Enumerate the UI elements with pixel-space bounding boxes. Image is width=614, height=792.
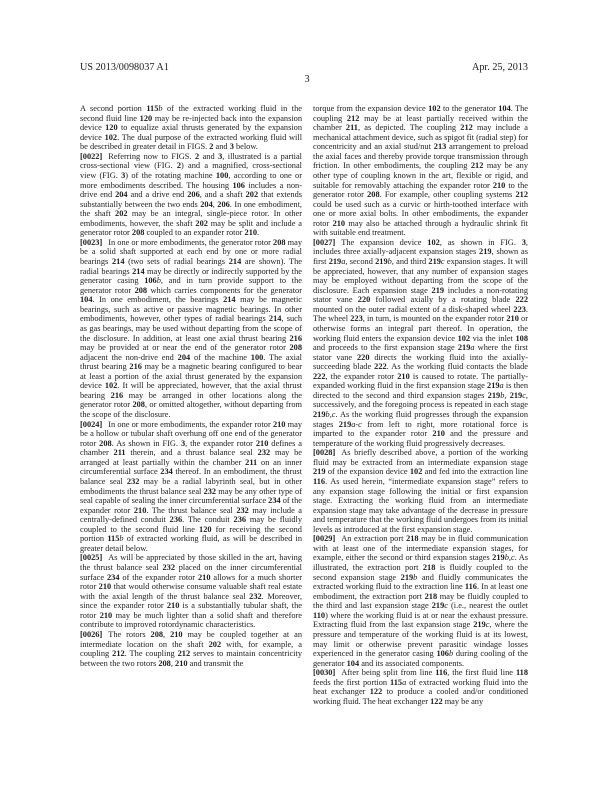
paragraph-text: As briefly described above, a portion of…	[313, 448, 528, 534]
paragraph-number: [0025]	[80, 553, 102, 562]
paragraph-0024: [0024]In one or more embodiments, the ex…	[80, 420, 302, 554]
publication-date: Apr. 25, 2013	[472, 62, 528, 73]
paragraph-0022: [0022]Referring now to FIGS. 2 and 3, il…	[80, 152, 302, 238]
paragraph-0027: [0027]The expansion device 102, as shown…	[313, 238, 528, 448]
paragraph-text: Referring now to FIGS. 2 and 3, illustra…	[80, 152, 302, 238]
paragraph-0030: [0030]After being split from line 116, t…	[313, 668, 528, 706]
paragraph-continuation: A second portion 115b of the extracted w…	[80, 104, 302, 152]
paragraph-number: [0028]	[313, 448, 335, 457]
paragraph-0023: [0023]In one or more embodiments, the ge…	[80, 238, 302, 420]
paragraph-0026: [0026]The rotors 208, 210 may be coupled…	[80, 630, 302, 668]
paragraph-number: [0023]	[80, 238, 102, 247]
paragraph-text: A second portion 115b of the extracted w…	[80, 104, 302, 151]
paragraph-text: In one or more embodiments, the expander…	[80, 420, 302, 553]
paragraph-0029: [0029]An extraction port 218 may be in f…	[313, 534, 528, 668]
paragraph-0025: [0025]As will be appreciated by those sk…	[80, 553, 302, 630]
right-column: torque from the expansion device 102 to …	[313, 104, 528, 706]
paragraph-number: [0029]	[313, 534, 335, 543]
paragraph-0028: [0028]As briefly described above, a port…	[313, 448, 528, 534]
paragraph-number: [0026]	[80, 630, 102, 639]
paragraph-number: [0022]	[80, 152, 102, 161]
paragraph-text: In one or more embodiments, the generato…	[80, 238, 302, 419]
paragraph-text: After being split from line 116, the fir…	[313, 668, 528, 706]
paragraph-number: [0030]	[313, 668, 335, 677]
paragraph-text: As will be appreciated by those skilled …	[80, 553, 302, 629]
paragraph-text: An extraction port 218 may be in fluid c…	[313, 534, 528, 667]
paragraph-number: [0027]	[313, 238, 335, 247]
paragraph-text: The rotors 208, 210 may be coupled toget…	[80, 630, 302, 668]
page-number: 3	[0, 74, 614, 85]
publication-number: US 2013/0098037 A1	[80, 62, 169, 73]
paragraph-text: torque from the expansion device 102 to …	[313, 104, 528, 237]
left-column: A second portion 115b of the extracted w…	[80, 104, 302, 668]
paragraph-text: The expansion device 102, as shown in FI…	[313, 238, 528, 448]
paragraph-continuation: torque from the expansion device 102 to …	[313, 104, 528, 238]
paragraph-number: [0024]	[80, 420, 102, 429]
